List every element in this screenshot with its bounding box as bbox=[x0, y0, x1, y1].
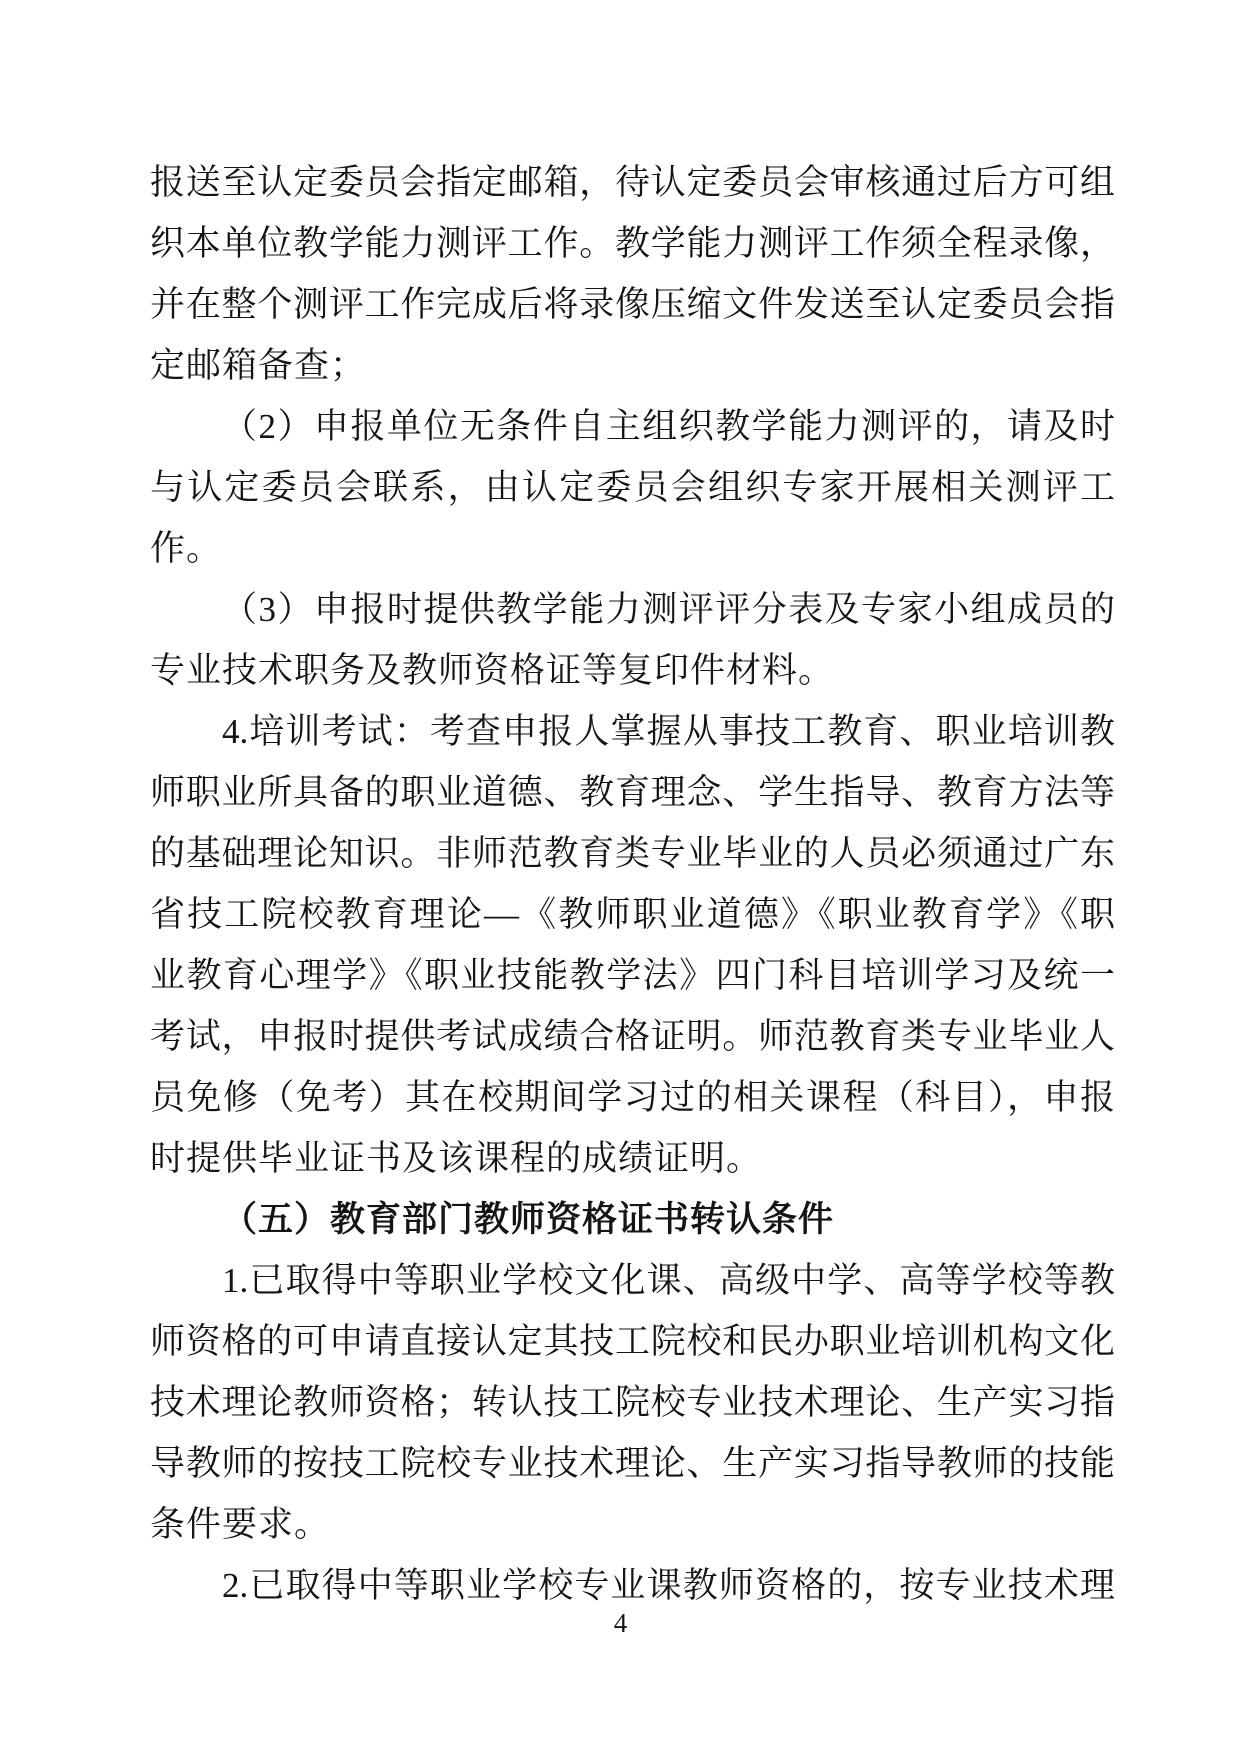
text-line: 并在整个测评工作完成后将录像压缩文件发送至认定委员会指 bbox=[150, 274, 1115, 335]
text-line: 织本单位教学能力测评工作。教学能力测评工作须全程录像， bbox=[150, 213, 1115, 274]
text-line: 1.已取得中等职业学校文化课、高级中学、高等学校等教 bbox=[150, 1250, 1115, 1311]
section-heading: （五）教育部门教师资格证书转认条件 bbox=[150, 1189, 1115, 1250]
text-line: 定邮箱备查； bbox=[150, 335, 1115, 396]
text-line: 时提供毕业证书及该课程的成绩证明。 bbox=[150, 1128, 1115, 1189]
text-line: 与认定委员会联系，由认定委员会组织专家开展相关测评工 bbox=[150, 457, 1115, 518]
text-line: 员免修（免考）其在校期间学习过的相关课程（科目），申报 bbox=[150, 1067, 1115, 1128]
page-number: 4 bbox=[0, 1606, 1241, 1640]
document-page: 报送至认定委员会指定邮箱，待认定委员会审核通过后方可组织本单位教学能力测评工作。… bbox=[0, 0, 1241, 1754]
document-body: 报送至认定委员会指定邮箱，待认定委员会审核通过后方可组织本单位教学能力测评工作。… bbox=[150, 152, 1115, 1616]
text-line: 技术理论教师资格；转认技工院校专业技术理论、生产实习指 bbox=[150, 1372, 1115, 1433]
text-line: 的基础理论知识。非师范教育类专业毕业的人员必须通过广东 bbox=[150, 823, 1115, 884]
text-line: 条件要求。 bbox=[150, 1494, 1115, 1555]
text-line: 作。 bbox=[150, 518, 1115, 579]
text-line: 4.培训考试：考查申报人掌握从事技工教育、职业培训教 bbox=[150, 701, 1115, 762]
text-line: （3）申报时提供教学能力测评评分表及专家小组成员的 bbox=[150, 579, 1115, 640]
text-line: 业教育心理学》《职业技能教学法》四门科目培训学习及统一 bbox=[150, 945, 1115, 1006]
text-line: （2）申报单位无条件自主组织教学能力测评的，请及时 bbox=[150, 396, 1115, 457]
text-line: 考试，申报时提供考试成绩合格证明。师范教育类专业毕业人 bbox=[150, 1006, 1115, 1067]
text-line: 专业技术职务及教师资格证等复印件材料。 bbox=[150, 640, 1115, 701]
text-line: 师资格的可申请直接认定其技工院校和民办职业培训机构文化 bbox=[150, 1311, 1115, 1372]
text-line: 师职业所具备的职业道德、教育理念、学生指导、教育方法等 bbox=[150, 762, 1115, 823]
text-line: 省技工院校教育理论—《教师职业道德》《职业教育学》《职 bbox=[150, 884, 1115, 945]
text-line: 报送至认定委员会指定邮箱，待认定委员会审核通过后方可组 bbox=[150, 152, 1115, 213]
text-line: 导教师的按技工院校专业技术理论、生产实习指导教师的技能 bbox=[150, 1433, 1115, 1494]
